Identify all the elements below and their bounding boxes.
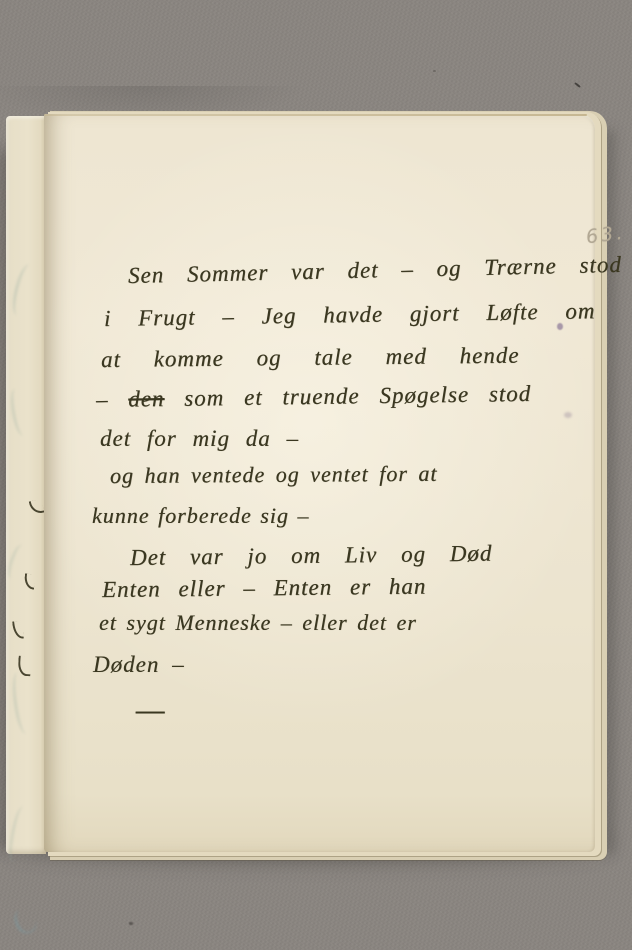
handwriting-line: det for mig da – xyxy=(100,426,299,452)
handwriting-line: Det var jo om Liv og Død xyxy=(130,541,493,571)
handwriting-dash-line: — xyxy=(136,696,165,726)
ink-fragment xyxy=(17,656,31,677)
bleed-through-mark xyxy=(10,671,34,735)
page-number: 63. xyxy=(585,222,627,249)
dust-speck xyxy=(574,82,581,88)
bleed-through-mark xyxy=(5,543,29,582)
ink-fragment xyxy=(12,621,24,640)
handwriting-line: et sygt Menneske – eller det er xyxy=(99,610,417,636)
notebook-page: 63. Sen Sommer var det – og Trærne stod … xyxy=(44,114,595,852)
handwriting-line: – den som et truende Spøgelse stod xyxy=(96,381,532,413)
handwriting-dash: – xyxy=(96,387,109,412)
struck-out-word: den xyxy=(128,386,165,412)
bleed-through-mark xyxy=(6,805,31,865)
bleed-through-mark xyxy=(11,905,41,937)
handwriting-line: at komme og tale med hende xyxy=(101,343,520,373)
facing-page-sliver xyxy=(6,116,46,854)
handwriting-line: i Frugt – Jeg havde gjort Løfte om xyxy=(104,298,596,332)
bleed-through-mark xyxy=(8,387,31,437)
photograph-of-notebook: 63. Sen Sommer var det – og Trærne stod … xyxy=(0,0,632,950)
handwriting-line: Sen Sommer var det – og Trærne stod xyxy=(128,252,622,289)
bleed-through-mark xyxy=(9,263,38,318)
handwriting-line: Døden – xyxy=(93,652,185,678)
handwriting-line: Enten eller – Enten er han xyxy=(102,574,427,603)
handwriting-line: og han ventede og ventet for at xyxy=(110,461,438,489)
paper-top-edge xyxy=(44,114,587,116)
handwriting-text: som et truende Spøgelse stod xyxy=(184,381,531,411)
ink-smudge xyxy=(564,412,572,418)
dust-speck xyxy=(129,922,133,925)
ink-fragment xyxy=(29,499,45,515)
dust-speck xyxy=(433,70,436,72)
handwriting-line: kunne forberede sig – xyxy=(92,503,309,529)
ink-fragment xyxy=(23,573,36,589)
